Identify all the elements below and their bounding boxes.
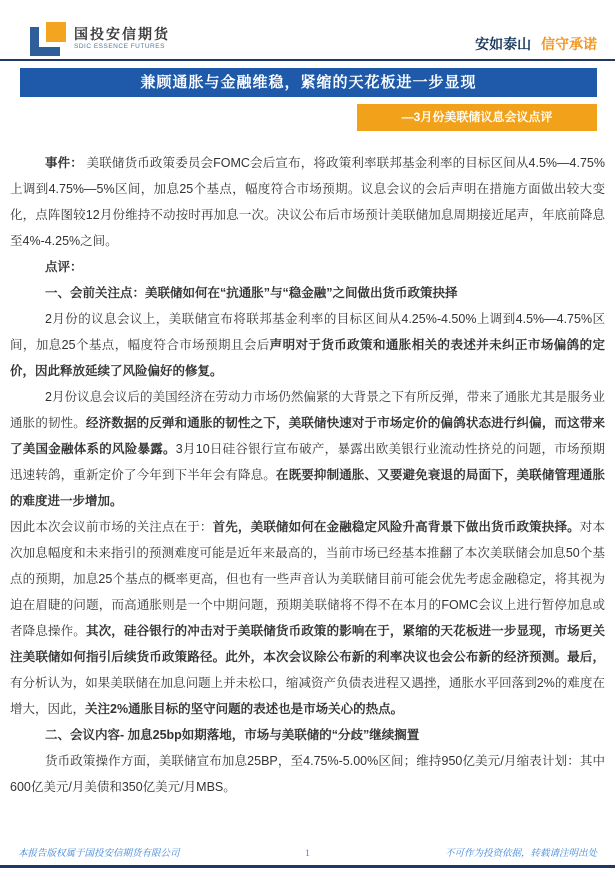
page-header: 国投安信期货 SDIC ESSENCE FUTURES 安如泰山 信守承诺 xyxy=(0,0,615,56)
slogan-part-blue: 安如泰山 xyxy=(475,36,531,52)
page-footer: 本报告版权属于国投安信期货有限公司 1 不可作为投资依据，转载请注明出处 xyxy=(0,845,615,870)
footer-row: 本报告版权属于国投安信期货有限公司 1 不可作为投资依据，转载请注明出处 xyxy=(0,845,615,865)
header-divider xyxy=(0,59,615,61)
report-title-banner: 兼顾通胀与金融维稳，紧缩的天花板进一步显现 xyxy=(20,68,597,97)
logo-orange-square xyxy=(46,22,66,42)
report-subtitle-banner: —3月份美联储议息会议点评 xyxy=(357,104,597,131)
footer-divider xyxy=(0,865,615,868)
company-slogan: 安如泰山 信守承诺 xyxy=(475,34,597,56)
section-heading: 一、会前关注点：美联储如何在“抗通胀”与“稳金融”之间做出货币政策抉择 xyxy=(10,280,605,306)
paragraph: 2月份的议息会议上，美联储宣布将联邦基金利率的目标区间从4.25%-4.50%上… xyxy=(10,306,605,384)
company-names: 国投安信期货 SDIC ESSENCE FUTURES xyxy=(74,27,170,51)
paragraph: 2月份议息会议后的美国经济在劳动力市场仍然偏紧的大背景之下有所反弹，带来了通胀尤… xyxy=(10,384,605,514)
company-name: 国投安信期货 xyxy=(74,27,170,42)
company-brand: 国投安信期货 SDIC ESSENCE FUTURES xyxy=(30,22,170,56)
report-page: 国投安信期货 SDIC ESSENCE FUTURES 安如泰山 信守承诺 兼顾… xyxy=(0,0,615,870)
company-logo-icon xyxy=(30,22,66,56)
footer-page-number: 1 xyxy=(288,849,328,859)
company-name-english: SDIC ESSENCE FUTURES xyxy=(74,44,170,51)
paragraph: 因此本次会议前市场的关注点在于：首先，美联储如何在金融稳定风险升高背景下做出货币… xyxy=(10,514,605,722)
section-heading: 二、会议内容- 加息25bp如期落地，市场与美联储的“分歧”继续搁置 xyxy=(10,722,605,748)
paragraph: 事件： 美联储货币政策委员会FOMC会后宣布，将政策利率联邦基金利率的目标区间从… xyxy=(10,150,605,254)
paragraph: 点评： xyxy=(10,254,605,280)
paragraph: 货币政策操作方面，美联储宣布加息25BP，至4.75%-5.00%区间；维持95… xyxy=(10,748,605,800)
body-paragraphs: 事件： 美联储货币政策委员会FOMC会后宣布，将政策利率联邦基金利率的目标区间从… xyxy=(10,150,605,800)
logo-blue-horizontal-bar xyxy=(30,47,60,56)
slogan-part-orange: 信守承诺 xyxy=(541,36,597,52)
footer-copyright: 本报告版权属于国投安信期货有限公司 xyxy=(18,845,288,859)
footer-disclaimer: 不可作为投资依据，转载请注明出处 xyxy=(328,845,598,859)
